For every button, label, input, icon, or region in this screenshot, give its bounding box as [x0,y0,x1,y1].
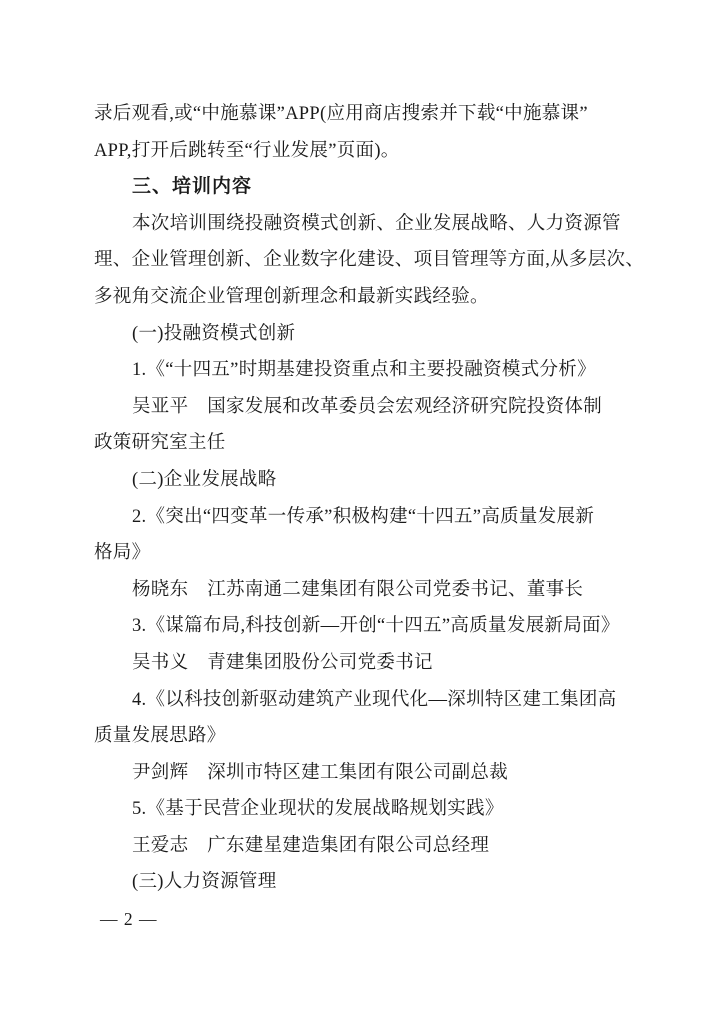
page-number: — 2 — [94,901,654,938]
speaker-line: 杨晓东 江苏南通二建集团有限公司党委书记、董事长 [94,572,654,609]
lecture-title-line: 5.《基于民营企业现状的发展战略规划实践》 [94,791,654,828]
document-content: 录后观看,或“中施慕课”APP(应用商店搜索并下载“中施慕课” APP,打开后跳… [94,96,654,938]
lecture-title-line: 1.《“十四五”时期基建投资重点和主要投融资模式分析》 [94,352,654,389]
section-heading-training-content: 三、培训内容 [94,169,654,206]
subsection-heading-investment-financing: (一)投融资模式创新 [94,316,654,353]
speaker-line: 尹剑辉 深圳市特区建工集团有限公司副总裁 [94,755,654,792]
lecture-title-continuation: 格局》 [94,535,654,572]
speaker-line: 吴书义 青建集团股份公司党委书记 [94,645,654,682]
body-text-line: 多视角交流企业管理创新理念和最新实践经验。 [94,279,654,316]
body-text-line: 理、企业管理创新、企业数字化建设、项目管理等方面,从多层次、 [94,242,654,279]
body-text-line: 本次培训围绕投融资模式创新、企业发展战略、人力资源管 [94,206,654,243]
subsection-heading-human-resources: (三)人力资源管理 [94,864,654,901]
lecture-title-continuation: 质量发展思路》 [94,718,654,755]
body-text-line: APP,打开后跳转至“行业发展”页面)。 [94,133,654,170]
speaker-line: 王爱志 广东建星建造集团有限公司总经理 [94,828,654,865]
lecture-title-line: 3.《谋篇布局,科技创新—开创“十四五”高质量发展新局面》 [94,608,654,645]
lecture-title-line: 4.《以科技创新驱动建筑产业现代化—深圳特区建工集团高 [94,682,654,719]
speaker-line: 吴亚平 国家发展和改革委员会宏观经济研究院投资体制 [94,389,654,426]
lecture-title-line: 2.《突出“四变革一传承”积极构建“十四五”高质量发展新 [94,499,654,536]
body-text-line: 录后观看,或“中施慕课”APP(应用商店搜索并下载“中施慕课” [94,96,654,133]
document-page: 录后观看,或“中施慕课”APP(应用商店搜索并下载“中施慕课” APP,打开后跳… [0,0,723,1024]
speaker-title-continuation: 政策研究室主任 [94,425,654,462]
subsection-heading-enterprise-strategy: (二)企业发展战略 [94,462,654,499]
